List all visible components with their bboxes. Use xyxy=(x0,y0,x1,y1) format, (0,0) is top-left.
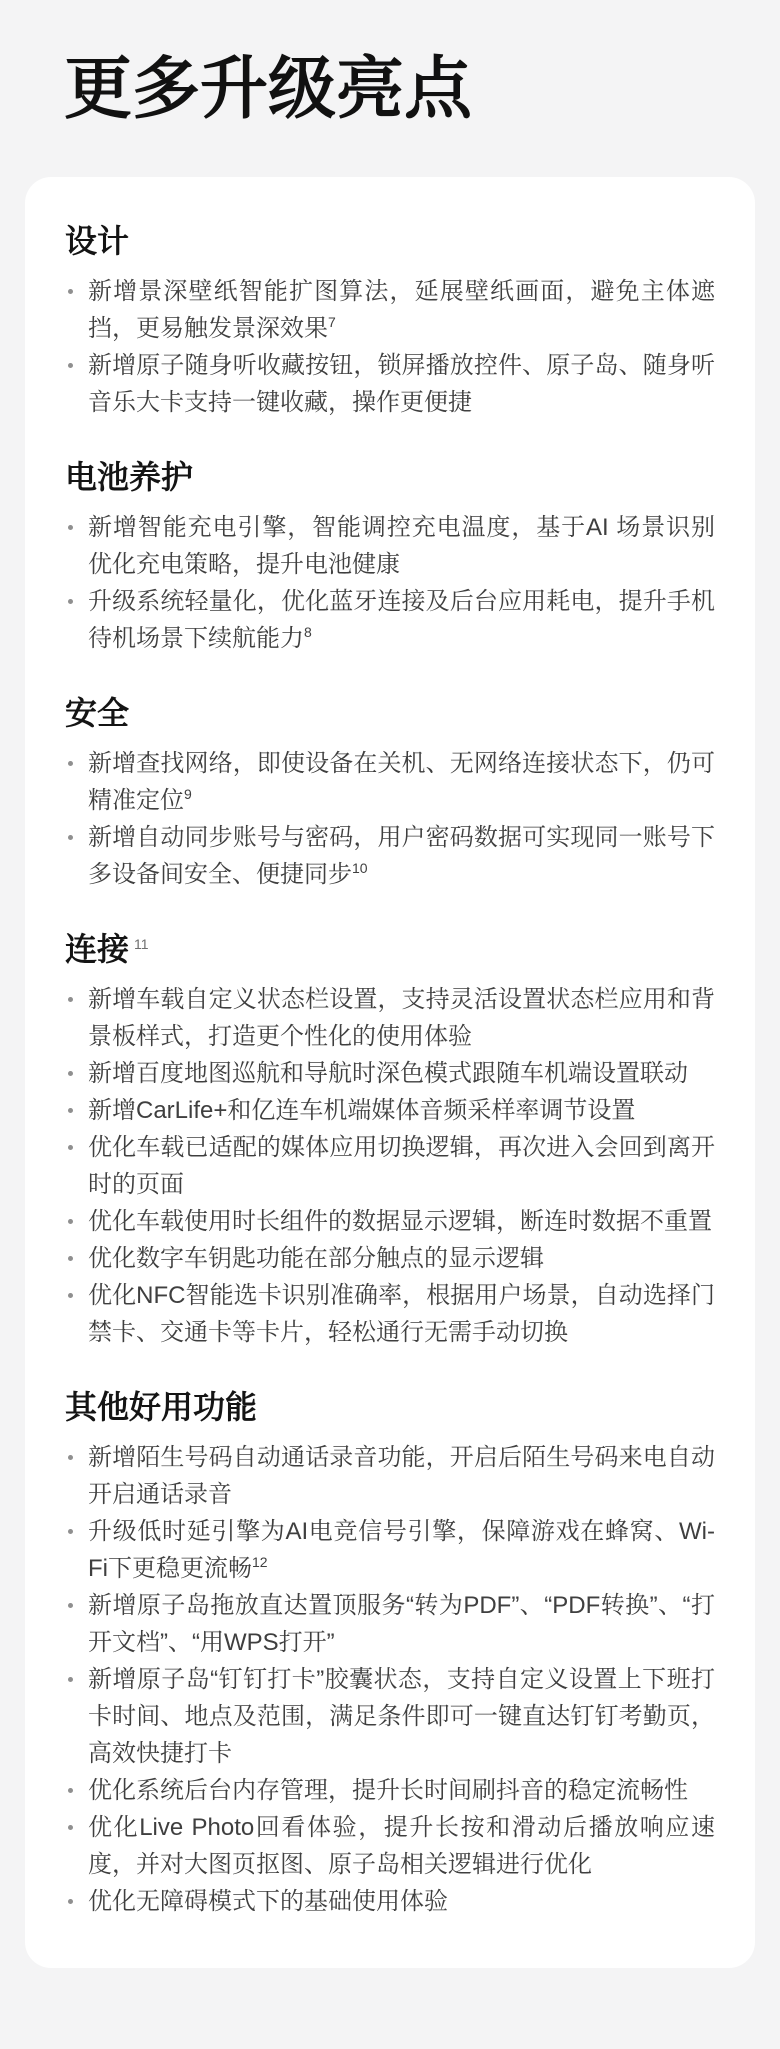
feature-item: 新增原子岛拖放直达置顶服务“转为PDF”、“PDF转换”、“打开文档”、“用WP… xyxy=(65,1587,715,1661)
section-heading-label: 其他好用功能 xyxy=(65,1389,257,1425)
feature-text: 优化系统后台内存管理，提升长时间刷抖音的稳定流畅性 xyxy=(88,1777,688,1804)
footnote-ref: 10 xyxy=(352,860,368,876)
feature-text: 优化NFC智能选卡识别准确率，根据用户场景，自动选择门禁卡、交通卡等卡片，轻松通… xyxy=(88,1282,715,1346)
feature-item: 升级低时延引擎为AI电竞信号引擎，保障游戏在蜂窝、Wi-Fi下更稳更流畅12 xyxy=(65,1513,715,1587)
footnote-ref: 9 xyxy=(184,786,192,802)
feature-item: 新增CarLife+和亿连车机端媒体音频采样率调节设置 xyxy=(65,1092,715,1129)
feature-item: 新增百度地图巡航和导航时深色模式跟随车机端设置联动 xyxy=(65,1055,715,1092)
feature-item: 新增景深壁纸智能扩图算法，延展壁纸画面，避免主体遮挡，更易触发景深效果7 xyxy=(65,273,715,347)
feature-item: 新增车载自定义状态栏设置，支持灵活设置状态栏应用和背景板样式，打造更个性化的使用… xyxy=(65,981,715,1055)
feature-text: 升级低时延引擎为AI电竞信号引擎，保障游戏在蜂窝、Wi-Fi下更稳更流畅 xyxy=(88,1518,715,1582)
feature-text: 新增智能充电引擎，智能调控充电温度，基于AI 场景识别优化充电策略，提升电池健康 xyxy=(88,514,715,578)
feature-item: 优化系统后台内存管理，提升长时间刷抖音的稳定流畅性 xyxy=(65,1772,715,1809)
feature-text: 新增车载自定义状态栏设置，支持灵活设置状态栏应用和背景板样式，打造更个性化的使用… xyxy=(88,986,715,1050)
feature-item: 优化Live Photo回看体验，提升长按和滑动后播放响应速度，并对大图页抠图、… xyxy=(65,1809,715,1883)
card: 设计新增景深壁纸智能扩图算法，延展壁纸画面，避免主体遮挡，更易触发景深效果7新增… xyxy=(25,177,755,1968)
feature-text: 新增百度地图巡航和导航时深色模式跟随车机端设置联动 xyxy=(88,1060,688,1087)
feature-item: 新增智能充电引擎，智能调控充电温度，基于AI 场景识别优化充电策略，提升电池健康 xyxy=(65,509,715,583)
section-heading-label: 电池养护 xyxy=(65,459,193,495)
footnote-ref: 12 xyxy=(252,1554,268,1570)
feature-text: 优化Live Photo回看体验，提升长按和滑动后播放响应速度，并对大图页抠图、… xyxy=(88,1814,715,1878)
feature-item: 优化车载使用时长组件的数据显示逻辑，断连时数据不重置 xyxy=(65,1203,715,1240)
section-heading: 安全 xyxy=(65,693,715,733)
section-heading-label: 连接 xyxy=(65,931,129,967)
feature-item: 新增原子岛“钉钉打卡”胶囊状态，支持自定义设置上下班打卡时间、地点及范围，满足条… xyxy=(65,1661,715,1772)
page-title: 更多升级亮点 xyxy=(0,0,780,125)
feature-list: 新增景深壁纸智能扩图算法，延展壁纸画面，避免主体遮挡，更易触发景深效果7新增原子… xyxy=(65,273,715,421)
feature-text: 升级系统轻量化，优化蓝牙连接及后台应用耗电，提升手机待机场景下续航能力 xyxy=(88,588,715,652)
feature-text: 新增原子岛“钉钉打卡”胶囊状态，支持自定义设置上下班打卡时间、地点及范围，满足条… xyxy=(88,1666,715,1767)
feature-item: 优化数字车钥匙功能在部分触点的显示逻辑 xyxy=(65,1240,715,1277)
feature-text: 新增查找网络，即使设备在关机、无网络连接状态下，仍可精准定位 xyxy=(88,750,715,814)
feature-text: 优化车载使用时长组件的数据显示逻辑，断连时数据不重置 xyxy=(88,1208,712,1235)
feature-item: 新增自动同步账号与密码，用户密码数据可实现同一账号下多设备间安全、便捷同步10 xyxy=(65,819,715,893)
feature-item: 优化车载已适配的媒体应用切换逻辑，再次进入会回到离开时的页面 xyxy=(65,1129,715,1203)
feature-list: 新增智能充电引擎，智能调控充电温度，基于AI 场景识别优化充电策略，提升电池健康… xyxy=(65,509,715,657)
feature-item: 优化无障碍模式下的基础使用体验 xyxy=(65,1883,715,1920)
section-heading: 电池养护 xyxy=(65,457,715,497)
feature-item: 新增陌生号码自动通话录音功能，开启后陌生号码来电自动开启通话录音 xyxy=(65,1439,715,1513)
feature-list: 新增查找网络，即使设备在关机、无网络连接状态下，仍可精准定位9新增自动同步账号与… xyxy=(65,745,715,893)
feature-item: 新增查找网络，即使设备在关机、无网络连接状态下，仍可精准定位9 xyxy=(65,745,715,819)
feature-item: 新增原子随身听收藏按钮，锁屏播放控件、原子岛、随身听音乐大卡支持一键收藏，操作更… xyxy=(65,347,715,421)
section-heading-label: 安全 xyxy=(65,695,129,731)
feature-list: 新增车载自定义状态栏设置，支持灵活设置状态栏应用和背景板样式，打造更个性化的使用… xyxy=(65,981,715,1351)
feature-text: 新增原子随身听收藏按钮，锁屏播放控件、原子岛、随身听音乐大卡支持一键收藏，操作更… xyxy=(88,352,715,416)
feature-text: 新增自动同步账号与密码，用户密码数据可实现同一账号下多设备间安全、便捷同步 xyxy=(88,824,715,888)
feature-text: 新增原子岛拖放直达置顶服务“转为PDF”、“PDF转换”、“打开文档”、“用WP… xyxy=(88,1592,715,1656)
footnote-ref: 8 xyxy=(304,624,312,640)
feature-text: 新增景深壁纸智能扩图算法，延展壁纸画面，避免主体遮挡，更易触发景深效果 xyxy=(88,278,715,342)
footnote-ref: 7 xyxy=(328,314,336,330)
section-heading-label: 设计 xyxy=(65,223,129,259)
section-heading: 连接11 xyxy=(65,929,715,969)
section-heading: 其他好用功能 xyxy=(65,1387,715,1427)
feature-list: 新增陌生号码自动通话录音功能，开启后陌生号码来电自动开启通话录音升级低时延引擎为… xyxy=(65,1439,715,1920)
section-heading: 设计 xyxy=(65,221,715,261)
feature-text: 新增CarLife+和亿连车机端媒体音频采样率调节设置 xyxy=(88,1097,635,1124)
feature-item: 优化NFC智能选卡识别准确率，根据用户场景，自动选择门禁卡、交通卡等卡片，轻松通… xyxy=(65,1277,715,1351)
feature-text: 优化数字车钥匙功能在部分触点的显示逻辑 xyxy=(88,1245,544,1272)
feature-item: 升级系统轻量化，优化蓝牙连接及后台应用耗电，提升手机待机场景下续航能力8 xyxy=(65,583,715,657)
feature-text: 优化车载已适配的媒体应用切换逻辑，再次进入会回到离开时的页面 xyxy=(88,1134,715,1198)
footnote-ref: 11 xyxy=(134,936,149,952)
feature-text: 优化无障碍模式下的基础使用体验 xyxy=(88,1888,448,1915)
feature-text: 新增陌生号码自动通话录音功能，开启后陌生号码来电自动开启通话录音 xyxy=(88,1444,715,1508)
